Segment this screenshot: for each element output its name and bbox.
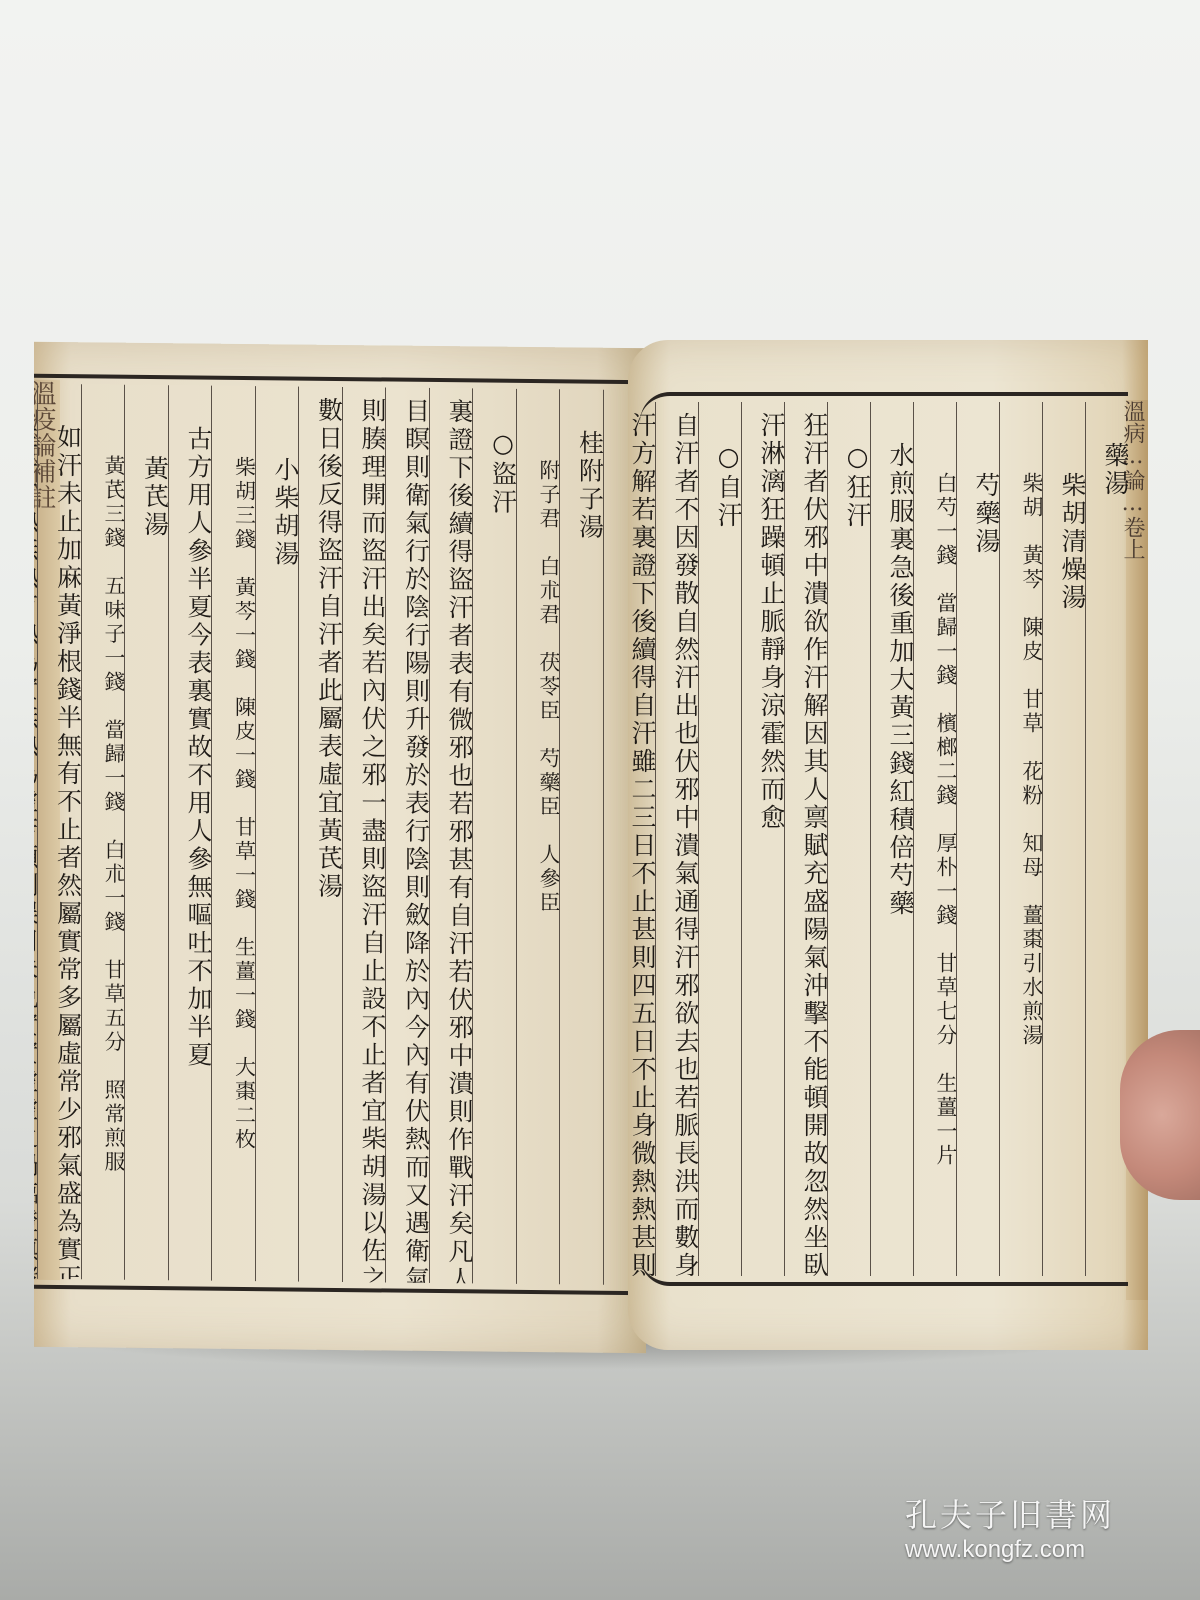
text-column: 數日後反得盜汗自汗者此屬表虛宜黃芪湯 <box>298 387 342 1282</box>
right-page-columns: 藥湯 柴胡清燥湯 柴胡 黃芩 陳皮 甘草 花粉 知母 薑棗引水煎湯 芍藥湯 白芍… <box>640 402 1128 1276</box>
left-page-columns: 宜附子湯若誤汗亡陽者宜大青龍湯汗以真武湯救逆也 桂附子湯 附子君 白朮君 茯苓臣… <box>34 384 646 1285</box>
text-column: 狂汗者伏邪中潰欲作汗解因其人禀賦充盛陽氣沖擊不能頓開故忽然坐臥不安且狂且躁少時大 <box>784 402 827 1276</box>
right-page-frame: 藥湯 柴胡清燥湯 柴胡 黃芩 陳皮 甘草 花粉 知母 薑棗引水煎湯 芍藥湯 白芍… <box>640 392 1128 1286</box>
watermark: 孔夫子旧書网 www.kongfz.com <box>905 1490 1115 1564</box>
right-page: 溫病…論…卷上 藥湯 柴胡清燥湯 柴胡 黃芩 陳皮 甘草 花粉 知母 薑棗引水煎… <box>628 340 1148 1350</box>
section-heading: ○狂汗 <box>827 402 870 1276</box>
text-column: 桂附子湯 <box>559 389 603 1284</box>
recipe-title: 黃芪湯 <box>124 385 168 1280</box>
text-column: 目瞑則衛氣行於陰行陽則升發於表行陰則斂降於內今內有伏熱而又遇衛氣兩陽相搏熱蒸於外 <box>385 387 429 1282</box>
watermark-name: 孔夫子旧書网 <box>905 1490 1115 1536</box>
text-column: 柴胡三錢 黃芩一錢 陳皮一錢 甘草一錢 生薑一錢 大棗二枚 <box>211 386 255 1281</box>
watermark-url: www.kongfz.com <box>905 1536 1115 1564</box>
text-column: 水煎服裏急後重加大黃三錢紅積倍芍藥 <box>870 402 913 1276</box>
text-column: 附子君 白朮君 茯苓臣 芍藥臣 人參臣 <box>516 389 560 1284</box>
text-column: 柴胡 黃芩 陳皮 甘草 花粉 知母 薑棗引水煎湯 <box>999 402 1042 1276</box>
recipe-title: 柴胡清燥湯 <box>1042 402 1085 1276</box>
thumb <box>1120 1030 1200 1200</box>
text-column: 自汗者不因發散自然汗出也伏邪中潰氣通得汗邪欲去也若脈長洪而數身熱大渴宜白虎湯得戰 <box>655 402 698 1276</box>
section-heading: ○自汗 <box>698 402 741 1276</box>
left-page: 溫疫論補註 宜附子湯若誤汗亡陽者宜大青龍湯汗以真武湯救逆也 桂附子湯 附子君 白… <box>34 342 646 1353</box>
text-column: 汗方解若裏證下後續得自汗雖二三日不止甚則四五日不止身微熱熱甚則汗甚熱微汗亦微此屬 <box>628 402 655 1276</box>
recipe-title: 芍藥湯 <box>956 402 999 1276</box>
text-column: 裏證下後續得盜汗者表有微邪也若邪甚有自汗若伏邪中潰則作戰汗矣凡人目張則衛氣行於陽 <box>429 388 473 1283</box>
text-column: 黃芪三錢 五味子一錢 當歸一錢 白朮一錢 甘草五分 照常煎服 <box>81 384 125 1279</box>
recipe-title: 小柴胡湯 <box>255 386 299 1281</box>
text-column: 則腠理開而盜汗出矣若內伏之邪一盡則盜汗自止設不止者宜柴胡湯以佐之時疫愈後脈靜身涼 <box>342 387 386 1282</box>
text-column: 白芍一錢 當歸一錢 檳榔二錢 厚朴一錢 甘草七分 生薑一片 <box>913 402 956 1276</box>
text-column: 汗淋漓狂躁頓止脈靜身涼霍然而愈 <box>741 402 784 1276</box>
section-heading: ○盜汗 <box>472 388 516 1283</box>
left-page-frame: 宜附子湯若誤汗亡陽者宜大青龍湯汗以真武湯救逆也 桂附子湯 附子君 白朮君 茯苓臣… <box>34 374 646 1295</box>
text-column: 如汗未止加麻黃淨根錢半無有不止者然屬實常多屬虛常少邪氣盛為實正氣奪為虛虛實之分 <box>37 384 81 1279</box>
text-column: 古方用人參半夏今表裏實故不用人參無嘔吐不加半夏 <box>168 385 212 1280</box>
